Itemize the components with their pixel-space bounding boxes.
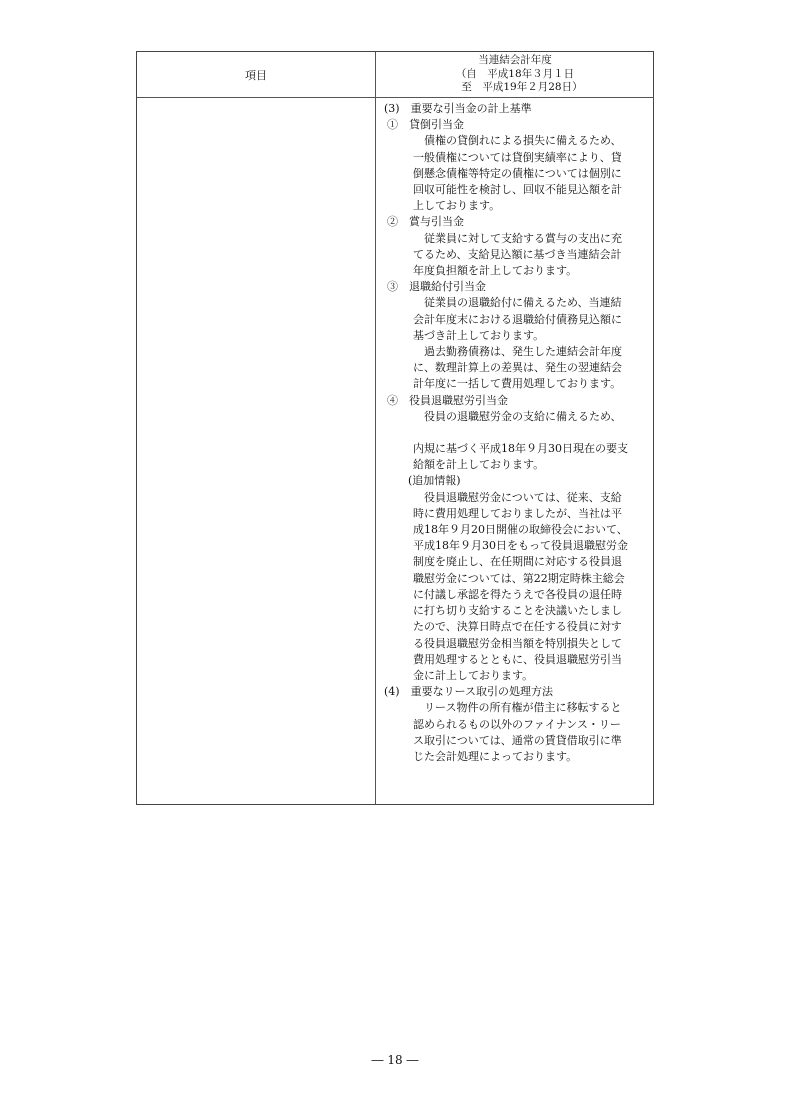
additional-info-line: に付議し承認を得たうえで各役員の退任時 bbox=[382, 587, 650, 603]
section4-title: (4) 重要なリース取引の処理方法 bbox=[382, 684, 650, 700]
period-to: 至 平成19年２月28日） bbox=[376, 81, 654, 95]
section4-line: 認められるもの以外のファイナンス・リー bbox=[382, 717, 650, 733]
section3-title: (3) 重要な引当金の計上基準 bbox=[382, 101, 650, 117]
additional-info-line: る役員退職慰労金相当額を特別損失として bbox=[382, 636, 650, 652]
column-divider bbox=[375, 52, 376, 804]
item3-line: 過去勤務債務は、発生した連結会計年度 bbox=[382, 344, 650, 360]
item3-line: 従業員の退職給付に備えるため、当連結 bbox=[382, 295, 650, 311]
additional-info-line: 金に計上しております。 bbox=[382, 668, 650, 684]
item4-line: 内規に基づく平成18年９月30日現在の要支 bbox=[382, 441, 650, 457]
additional-info-line: たので、決算日時点で在任する役員に対す bbox=[382, 619, 650, 635]
item2-line: てるため、支給見込額に基づき当連結会計 bbox=[382, 247, 650, 263]
item4-line: 役員の退職慰労金の支給に備えるため、 bbox=[382, 409, 650, 425]
item1-line: 回収可能性を検討し、回収不能見込額を計 bbox=[382, 182, 650, 198]
item4-line: 給額を計上しております。 bbox=[382, 457, 650, 473]
additional-info-line: 費用処理するとともに、役員退職慰労引当 bbox=[382, 652, 650, 668]
item3-line: 計年度に一括して費用処理しております。 bbox=[382, 376, 650, 392]
item3-line: に、数理計算上の差異は、発生の翌連結会 bbox=[382, 360, 650, 376]
additional-info-line: 役員退職慰労金については、従来、支給 bbox=[382, 490, 650, 506]
item-column-header: 項目 bbox=[137, 52, 375, 97]
policy-content: (3) 重要な引当金の計上基準 ① 貸倒引当金 債権の貸倒れによる損失に備えるた… bbox=[382, 101, 650, 765]
additional-info-line: 成18年９月20日開催の取締役会において、 bbox=[382, 522, 650, 538]
table-header: 項目 当連結会計年度 （自 平成18年３月１日 至 平成19年２月28日） bbox=[137, 52, 653, 98]
period-column-header: 当連結会計年度 （自 平成18年３月１日 至 平成19年２月28日） bbox=[376, 54, 654, 95]
item1-line: 倒懸念債権等特定の債権については個別に bbox=[382, 166, 650, 182]
item1-line: 一般債権については貸倒実績率により、貸 bbox=[382, 150, 650, 166]
item1-line: 債権の貸倒れによる損失に備えるため、 bbox=[382, 133, 650, 149]
item3-line: 基づき計上しております。 bbox=[382, 328, 650, 344]
additional-info-line: 制度を廃止し、在任期間に対応する役員退 bbox=[382, 554, 650, 570]
additional-info-line: 平成18年９月30日をもって役員退職慰労金 bbox=[382, 538, 650, 554]
section4-line: ス取引については、通常の賃貸借取引に準 bbox=[382, 733, 650, 749]
section4-line: じた会計処理によっております。 bbox=[382, 749, 650, 765]
item2-title: ② 賞与引当金 bbox=[382, 214, 650, 230]
additional-info-line: に打ち切り支給することを決議いたしまし bbox=[382, 603, 650, 619]
additional-info-line: 時に費用処理しておりましたが、当社は平 bbox=[382, 506, 650, 522]
item1-title: ① 貸倒引当金 bbox=[382, 117, 650, 133]
item3-line: 会計年度末における退職給付債務見込額に bbox=[382, 312, 650, 328]
page-number: ― 18 ― bbox=[0, 1053, 790, 1067]
blank-line bbox=[382, 425, 650, 441]
period-title: 当連結会計年度 bbox=[376, 54, 654, 68]
item3-title: ③ 退職給付引当金 bbox=[382, 279, 650, 295]
item2-line: 年度負担額を計上しております。 bbox=[382, 263, 650, 279]
period-from: （自 平成18年３月１日 bbox=[376, 68, 654, 82]
additional-info-line: 職慰労金については、第22期定時株主総会 bbox=[382, 571, 650, 587]
accounting-policy-table: 項目 当連結会計年度 （自 平成18年３月１日 至 平成19年２月28日） (3… bbox=[136, 51, 654, 805]
item1-line: 上しております。 bbox=[382, 198, 650, 214]
item4-title: ④ 役員退職慰労引当金 bbox=[382, 393, 650, 409]
section4-line: リース物件の所有権が借主に移転すると bbox=[382, 700, 650, 716]
additional-info-title: (追加情報) bbox=[382, 473, 650, 489]
item2-line: 従業員に対して支給する賞与の支出に充 bbox=[382, 231, 650, 247]
